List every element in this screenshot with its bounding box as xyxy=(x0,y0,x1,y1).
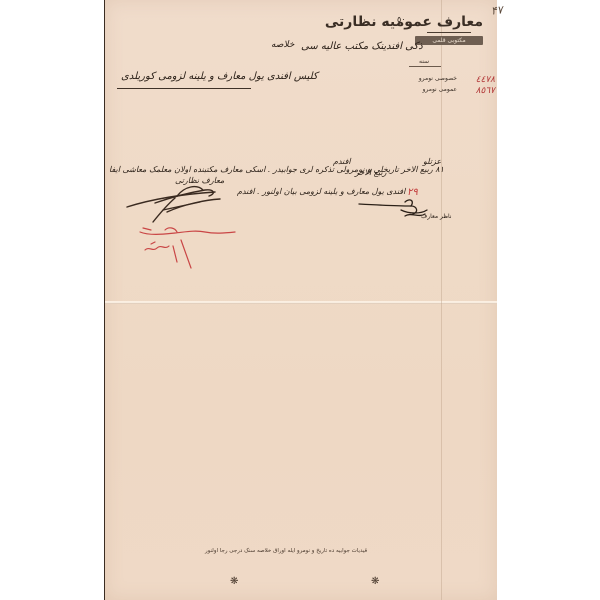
footer-mark-left: ❋ xyxy=(230,576,238,587)
left-signature xyxy=(127,187,220,222)
footer-instruction: قیدیات جوابیه ده تاریخ و نومرو ایله اورا… xyxy=(205,548,367,554)
top-mark: ٥٠ xyxy=(397,15,406,24)
date-label: سنه xyxy=(419,58,429,65)
recipient-line: ذکی افندینک مکتب عالیه سی xyxy=(301,41,423,52)
private-number-label: خصوصی نومرو xyxy=(419,75,457,82)
private-number-value: ٤٤٧٨ xyxy=(476,75,495,85)
horizontal-fold-line xyxy=(105,301,497,304)
general-number-label: عمومی نومرو xyxy=(423,86,457,93)
letterhead-institution: معارف عمومیه نظارتی xyxy=(415,14,483,30)
red-annotation-marks xyxy=(140,228,235,268)
letterhead-rule xyxy=(427,32,471,33)
letterhead-banner: مکتوبی قلمی xyxy=(415,36,483,45)
footer-mark-right: ❋ xyxy=(371,576,379,587)
signature-title: ناظر معارف xyxy=(421,213,452,220)
subject-underline xyxy=(117,88,251,89)
body-line-3: افندی یول معارف و یلینه لزومی بیان اولنو… xyxy=(237,187,405,196)
summary-heading: خلاصه xyxy=(271,40,294,50)
red-number: ٢٩ xyxy=(407,187,418,198)
right-signature xyxy=(359,200,427,216)
reference-block: سنه خصوصی نومرو ٤٤٧٨ عمومی نومرو ٨٥٦٧ xyxy=(399,64,499,97)
corner-note: ۴۷ xyxy=(490,3,504,18)
general-number-value: ٨٥٦٧ xyxy=(476,86,495,96)
body-line-1: ١٨ ربیع الاخر تاریخلی و نومرولی تذکره لر… xyxy=(109,165,444,174)
document-paper: ۴۷ معارف عمومیه نظارتی مکتوبی قلمی ٥٠ سن… xyxy=(104,0,497,600)
subject-line: کلیس افندی یول معارف و یلینه لزومی کوریل… xyxy=(121,71,318,82)
body-line-2-left: معارف نظارتی xyxy=(175,176,224,185)
letterhead: معارف عمومیه نظارتی مکتوبی قلمی xyxy=(415,14,483,45)
body-line-2-right: ربیع الاخر xyxy=(355,168,386,177)
